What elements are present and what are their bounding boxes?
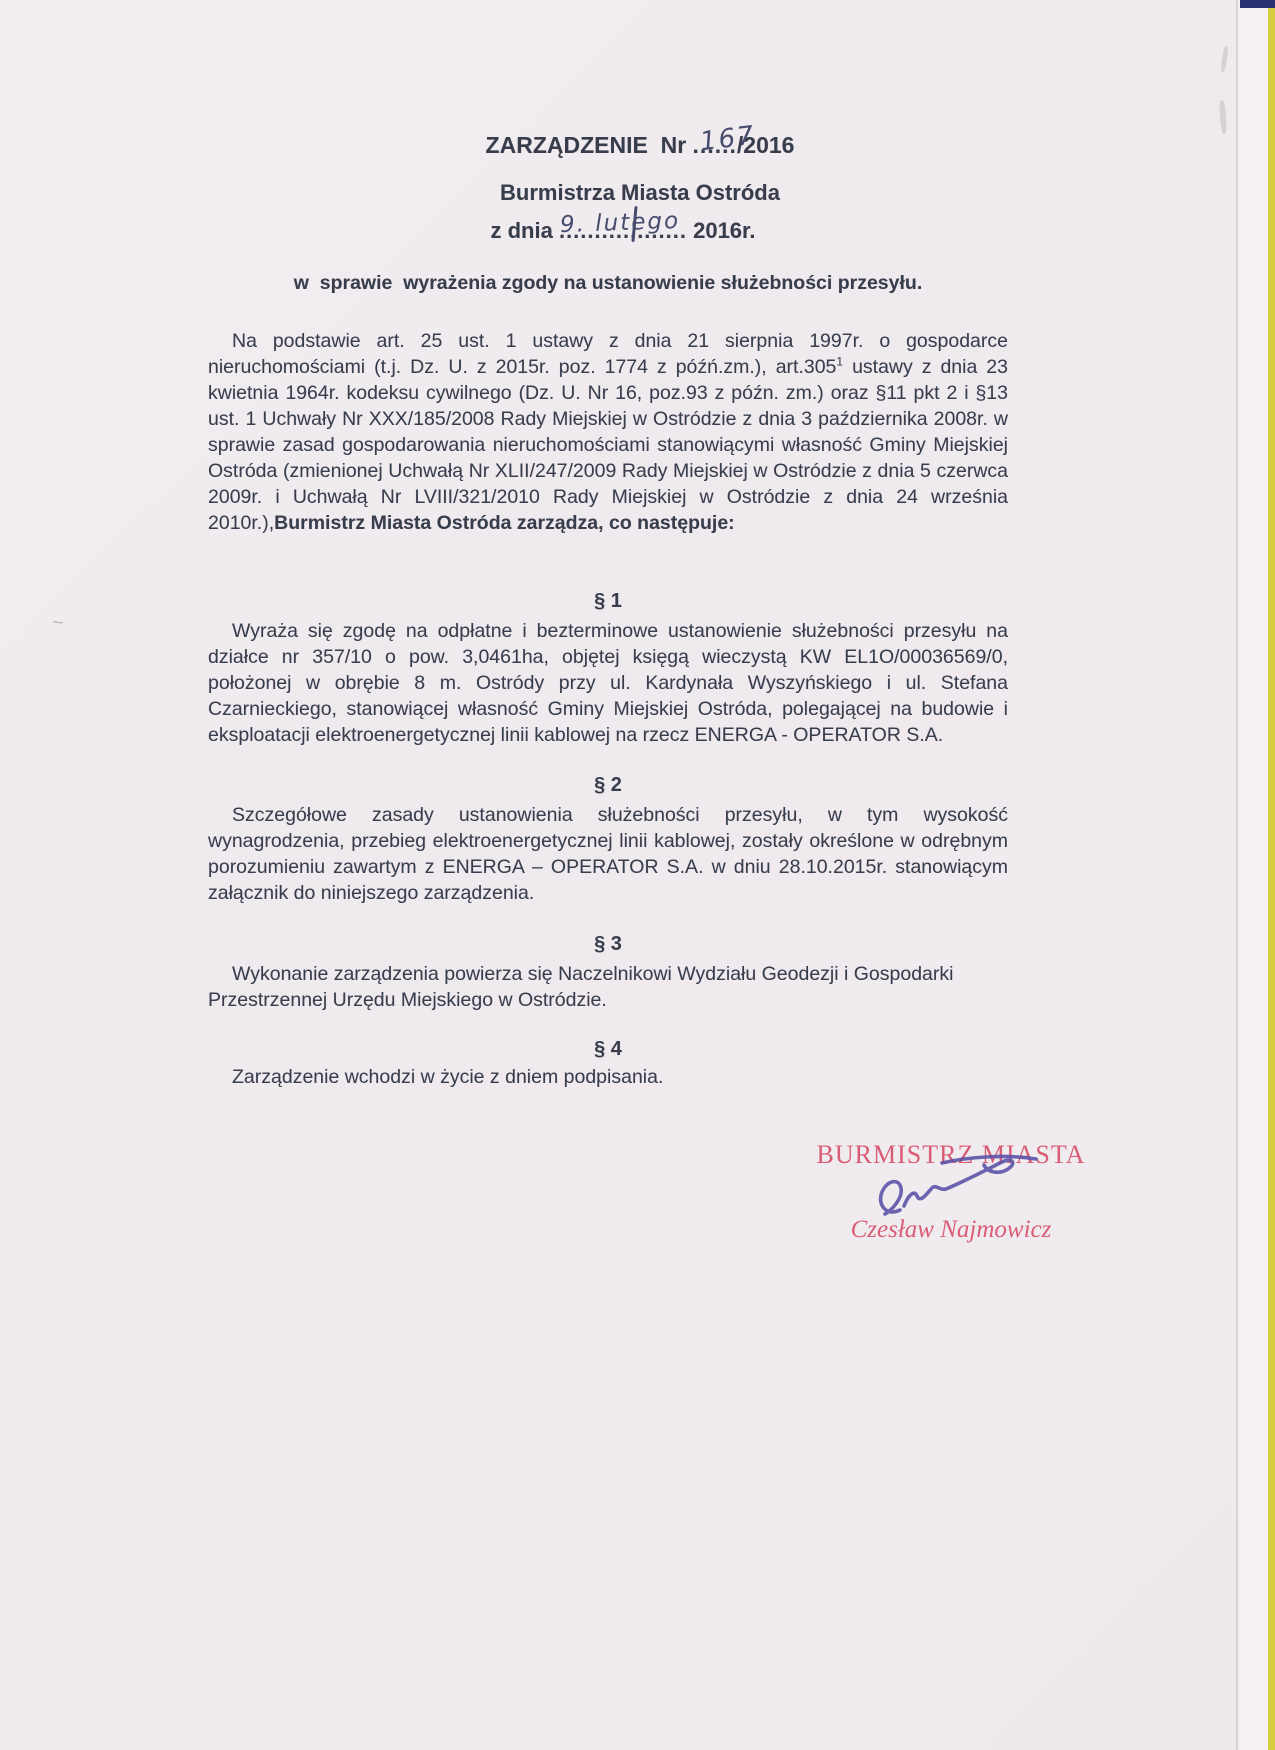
section-3-text: Wykonanie zarządzenia powierza się Nacze…	[208, 961, 1008, 1013]
scanned-document-page: { "colors": { "paper": "#f0ebee", "ink":…	[0, 0, 1275, 1750]
section-3-body: Wykonanie zarządzenia powierza się Nacze…	[208, 961, 1008, 1013]
section-4-body: Zarządzenie wchodzi w życie z dniem podp…	[208, 1064, 1008, 1090]
section-4-header: § 4	[208, 1038, 1008, 1061]
subject-line: w sprawie wyrażenia zgody na ustanowieni…	[208, 272, 1008, 295]
section-1-text: Wyraża się zgodę na odpłatne i beztermin…	[208, 618, 1008, 748]
preamble-paragraph: Na podstawie art. 25 ust. 1 ustawy z dni…	[208, 328, 1008, 536]
section-3-header: § 3	[208, 933, 1008, 956]
preamble-text-2: ustawy z dnia 23 kwietnia 1964r. kodeksu…	[208, 356, 1008, 534]
scan-edge-navy-sliver	[1240, 0, 1275, 8]
date-prefix: z dnia	[491, 218, 559, 243]
signer-name: Czesław Najmowicz	[828, 1216, 1074, 1244]
title-prefix: ZARZĄDZENIE Nr	[486, 132, 693, 158]
section-2-text: Szczegółowe zasady ustanowienia służebno…	[208, 802, 1008, 906]
section-1-header: § 1	[208, 590, 1008, 613]
document-title-line: ZARZĄDZENIE Nr ....../2016	[208, 132, 1008, 159]
date-year-suffix: 2016r.	[687, 218, 756, 243]
issuer-line: Burmistrza Miasta Ostróda	[208, 180, 1008, 206]
handwritten-date: 9. lutego	[560, 208, 681, 238]
section-2-header: § 2	[208, 774, 1008, 797]
stray-pencil-mark: ~	[52, 612, 64, 635]
section-2-body: Szczegółowe zasady ustanowienia służebno…	[208, 802, 1008, 906]
section-4-text: Zarządzenie wchodzi w życie z dniem podp…	[208, 1064, 1008, 1090]
preamble-bold-clause: Burmistrz Miasta Ostróda zarządza, co na…	[274, 512, 735, 534]
handwritten-signature	[856, 1152, 1056, 1220]
scan-edge-yellow-line	[1268, 0, 1275, 1750]
section-1-body: Wyraża się zgodę na odpłatne i beztermin…	[208, 618, 1008, 748]
